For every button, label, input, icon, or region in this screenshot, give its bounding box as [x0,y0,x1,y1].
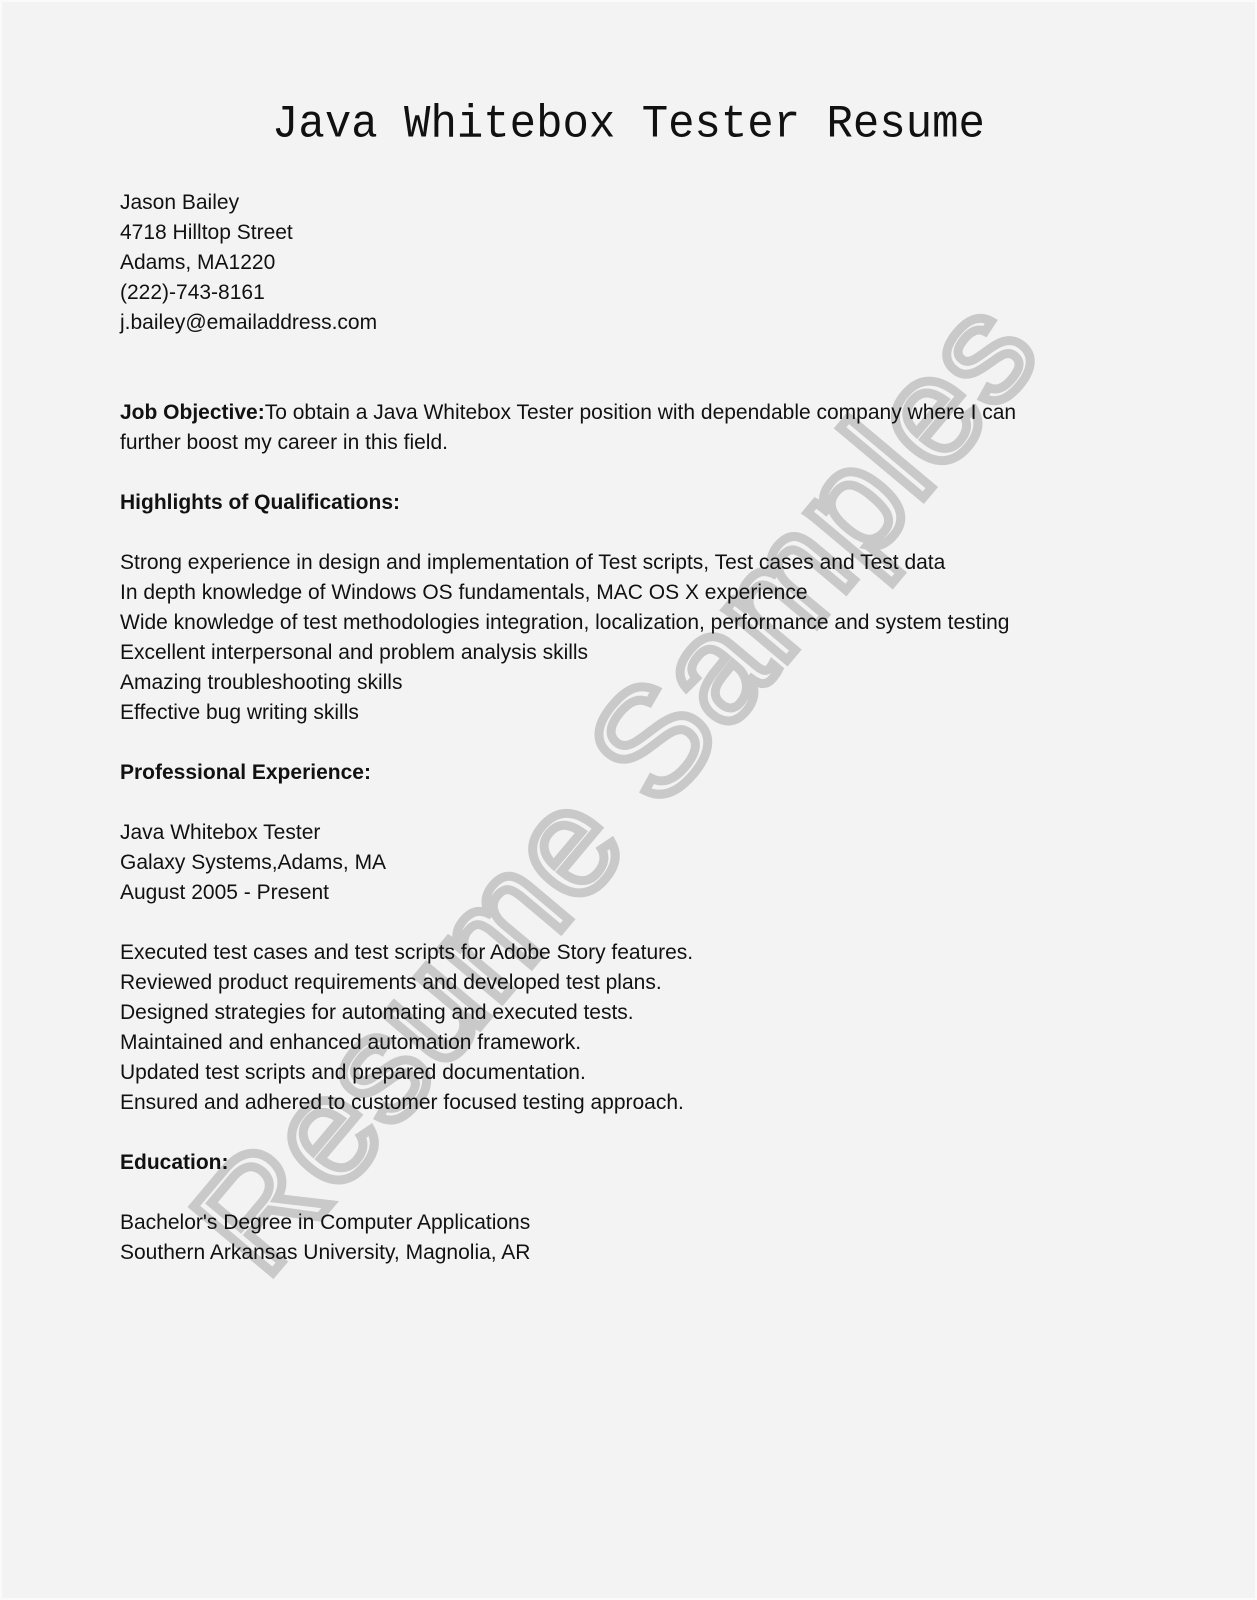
page-title: Java Whitebox Tester Resume [0,99,1257,152]
education-school: Southern Arkansas University, Magnolia, … [120,1238,1120,1268]
objective-section: Job Objective:To obtain a Java Whitebox … [120,398,1120,458]
objective-line-2: further boost my career in this field. [120,428,1120,458]
experience-heading: Professional Experience: [120,758,1120,788]
objective-label: Job Objective: [120,401,265,424]
qualifications-section: Highlights of Qualifications: Strong exp… [120,488,1120,728]
contact-email: j.bailey@emailaddress.com [120,308,1120,338]
education-heading: Education: [120,1148,1120,1178]
qualification-item: Wide knowledge of test methodologies int… [120,608,1120,638]
duty-item: Executed test cases and test scripts for… [120,938,1120,968]
objective-line-1: Job Objective:To obtain a Java Whitebox … [120,398,1120,428]
duty-item: Reviewed product requirements and develo… [120,968,1120,998]
qualification-item: In depth knowledge of Windows OS fundame… [120,578,1120,608]
resume-body: Jason Bailey 4718 Hilltop Street Adams, … [120,188,1120,1268]
contact-phone: (222)-743-8161 [120,278,1120,308]
duty-item: Designed strategies for automating and e… [120,998,1120,1028]
company: Galaxy Systems,Adams, MA [120,848,1120,878]
education-section: Education: Bachelor's Degree in Computer… [120,1148,1120,1268]
contact-street: 4718 Hilltop Street [120,218,1120,248]
experience-section: Professional Experience: Java Whitebox T… [120,758,1120,1118]
qualification-item: Amazing troubleshooting skills [120,668,1120,698]
contact-city: Adams, MA1220 [120,248,1120,278]
qualification-item: Effective bug writing skills [120,698,1120,728]
job-title: Java Whitebox Tester [120,818,1120,848]
contact-name: Jason Bailey [120,188,1120,218]
objective-text: To obtain a Java Whitebox Tester positio… [265,401,1016,424]
job-dates: August 2005 - Present [120,878,1120,908]
education-degree: Bachelor's Degree in Computer Applicatio… [120,1208,1120,1238]
qualifications-heading: Highlights of Qualifications: [120,488,1120,518]
duty-item: Updated test scripts and prepared docume… [120,1058,1120,1088]
duty-item: Maintained and enhanced automation frame… [120,1028,1120,1058]
qualification-item: Strong experience in design and implemen… [120,548,1120,578]
qualification-item: Excellent interpersonal and problem anal… [120,638,1120,668]
duty-item: Ensured and adhered to customer focused … [120,1088,1120,1118]
contact-block: Jason Bailey 4718 Hilltop Street Adams, … [120,188,1120,338]
